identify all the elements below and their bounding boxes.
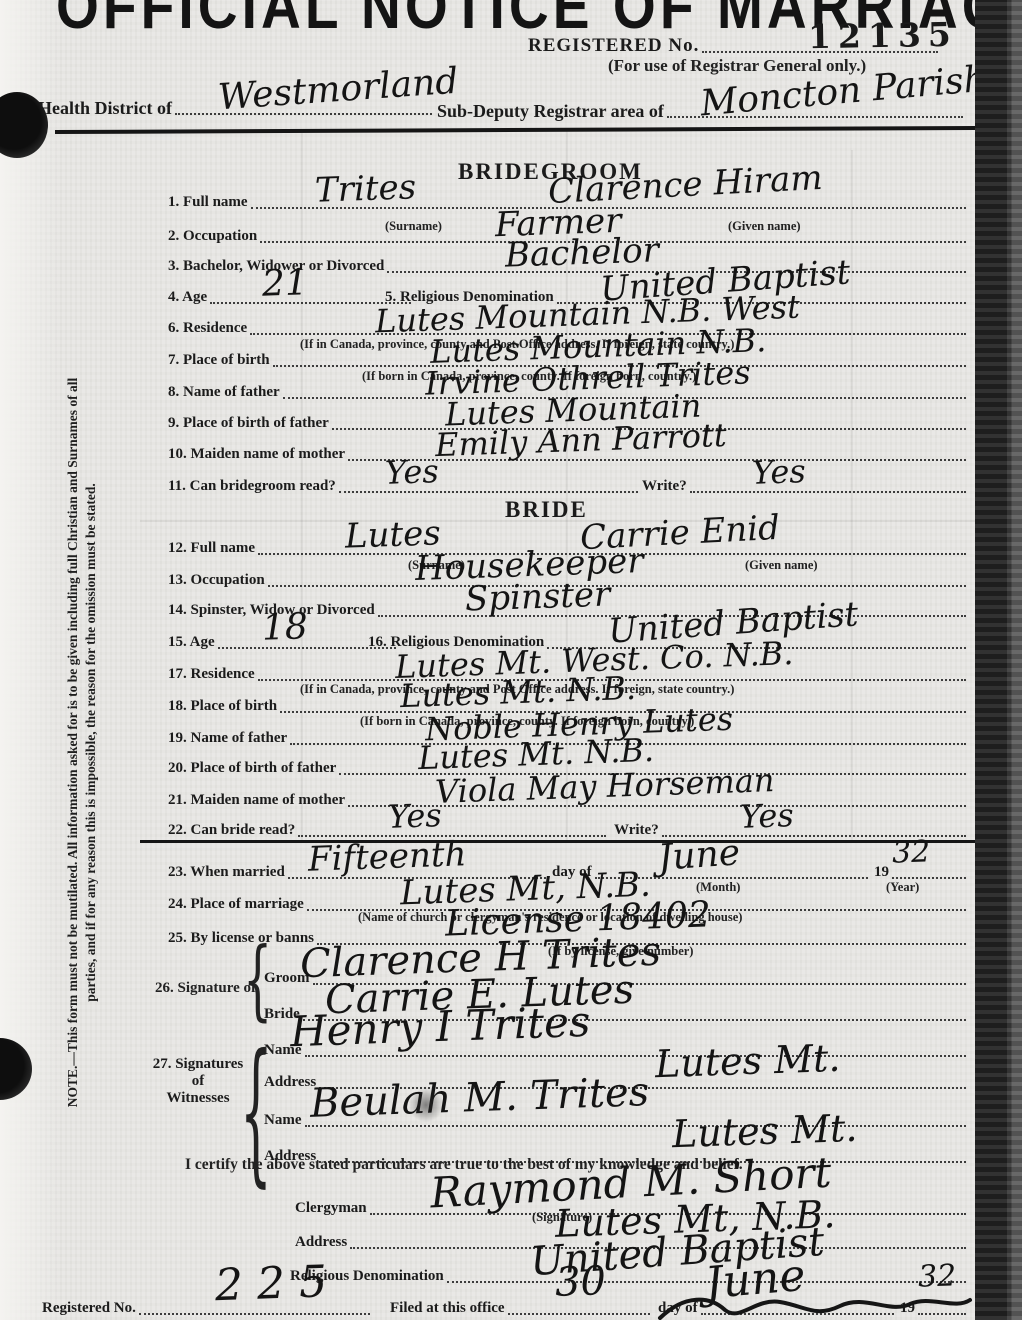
bg-read-label: 11. Can bridegroom read? bbox=[168, 476, 336, 496]
signature-of-label: 26. Signature of bbox=[155, 980, 256, 997]
bg-father-label: 8. Name of father bbox=[168, 382, 280, 402]
clergyman-address-label: Address bbox=[295, 1232, 347, 1252]
bg-age-value: 21 bbox=[261, 265, 308, 303]
license-label: 25. By license or banns bbox=[168, 928, 314, 948]
dotted-line bbox=[690, 491, 966, 493]
when-married-day-value: Fifteenth bbox=[307, 837, 467, 877]
bg-full-name-label: 1. Full name bbox=[168, 192, 248, 212]
br-status-value: Spinster bbox=[464, 577, 610, 616]
dotted-line bbox=[268, 585, 966, 587]
witnesses-label: 27. Signatures of Witnesses bbox=[148, 1056, 248, 1107]
clergyman-label: Clergyman bbox=[295, 1198, 367, 1218]
bg-can-write-value: Yes bbox=[751, 455, 806, 489]
witness2-name-label: Name bbox=[264, 1110, 302, 1130]
place-of-marriage-label: 24. Place of marriage bbox=[168, 894, 304, 914]
scanner-edge bbox=[975, 0, 1022, 1320]
bride-heading: BRIDE bbox=[505, 497, 588, 523]
registered-no-label: REGISTERED No. bbox=[528, 36, 699, 56]
witness1-name-value: Henry I Trites bbox=[289, 1001, 591, 1053]
dotted-line bbox=[892, 877, 966, 879]
dotted-line bbox=[339, 491, 638, 493]
bg-birthplace-label: 7. Place of birth bbox=[168, 350, 270, 370]
bg-residence-label: 6. Residence bbox=[168, 318, 247, 338]
health-district-label: Health District of bbox=[38, 98, 172, 118]
dotted-line bbox=[175, 113, 432, 115]
bg-father-birthplace-label: 9. Place of birth of father bbox=[168, 413, 329, 433]
br-write-label: Write? bbox=[614, 820, 659, 840]
dotted-line bbox=[305, 1055, 967, 1057]
paper-left-edge bbox=[0, 0, 60, 1320]
br-birthplace-label: 18. Place of birth bbox=[168, 696, 277, 716]
br-can-read-value: Yes bbox=[387, 799, 442, 833]
br-full-name-label: 12. Full name bbox=[168, 538, 255, 558]
section-divider bbox=[140, 840, 975, 843]
dotted-line bbox=[139, 1313, 370, 1315]
dotted-line bbox=[305, 1125, 967, 1127]
filed-label: Filed at this office bbox=[390, 1298, 505, 1318]
bg-mother-value: Emily Ann Parrott bbox=[435, 419, 728, 461]
registrar-signature-partial bbox=[655, 1292, 975, 1320]
margin-note-line1: NOTE.—This form must not be mutilated. A… bbox=[64, 335, 82, 1150]
header-divider bbox=[55, 126, 975, 134]
bg-mother-label: 10. Maiden name of mother bbox=[168, 444, 345, 464]
margin-note-line2: parties, and if for any reason this is i… bbox=[82, 335, 100, 1150]
bg-surname-value: Trites bbox=[314, 170, 416, 208]
scanned-document-page: OFFICIAL NOTICE OF MARRIAGE 12135 REGIST… bbox=[0, 0, 1022, 1320]
month-caption: (Month) bbox=[696, 880, 740, 895]
marriage-year-value: 32 bbox=[891, 837, 930, 868]
bg-age-label: 4. Age bbox=[168, 287, 207, 307]
marriage-month-value: June bbox=[657, 835, 741, 877]
bg-occupation-label: 2. Occupation bbox=[168, 226, 257, 246]
filed-year-value: 32 bbox=[917, 1261, 956, 1292]
dotted-line bbox=[508, 1313, 650, 1315]
witness1-address-value: Lutes Mt. bbox=[654, 1039, 841, 1083]
year-caption: (Year) bbox=[886, 880, 919, 895]
br-residence-label: 17. Residence bbox=[168, 664, 255, 684]
when-married-label: 23. When married bbox=[168, 862, 285, 882]
br-occupation-label: 13. Occupation bbox=[168, 570, 265, 590]
bg-can-read-value: Yes bbox=[384, 455, 439, 489]
br-read-label: 22. Can bride read? bbox=[168, 820, 295, 840]
registered-no-bottom-label: Registered No. bbox=[42, 1298, 136, 1318]
margin-note: NOTE.—This form must not be mutilated. A… bbox=[64, 335, 100, 1150]
witness2-name-value: Beulah M. Trites bbox=[309, 1072, 649, 1124]
br-age-label: 15. Age bbox=[168, 632, 215, 652]
registered-no-value: 225 bbox=[214, 1260, 341, 1308]
ink-smudge bbox=[408, 1088, 444, 1122]
br-can-write-value: Yes bbox=[739, 799, 794, 833]
br-mother-label: 21. Maiden name of mother bbox=[168, 790, 345, 810]
dotted-line bbox=[702, 51, 938, 53]
year-prefix: 19 bbox=[874, 862, 889, 882]
bg-write-label: Write? bbox=[642, 476, 687, 496]
filed-day-value: 30 bbox=[554, 1261, 606, 1303]
br-age-value: 18 bbox=[261, 609, 308, 647]
sub-deputy-label: Sub-Deputy Registrar area of bbox=[437, 101, 664, 121]
br-father-birthplace-label: 20. Place of birth of father bbox=[168, 758, 336, 778]
br-father-label: 19. Name of father bbox=[168, 728, 287, 748]
